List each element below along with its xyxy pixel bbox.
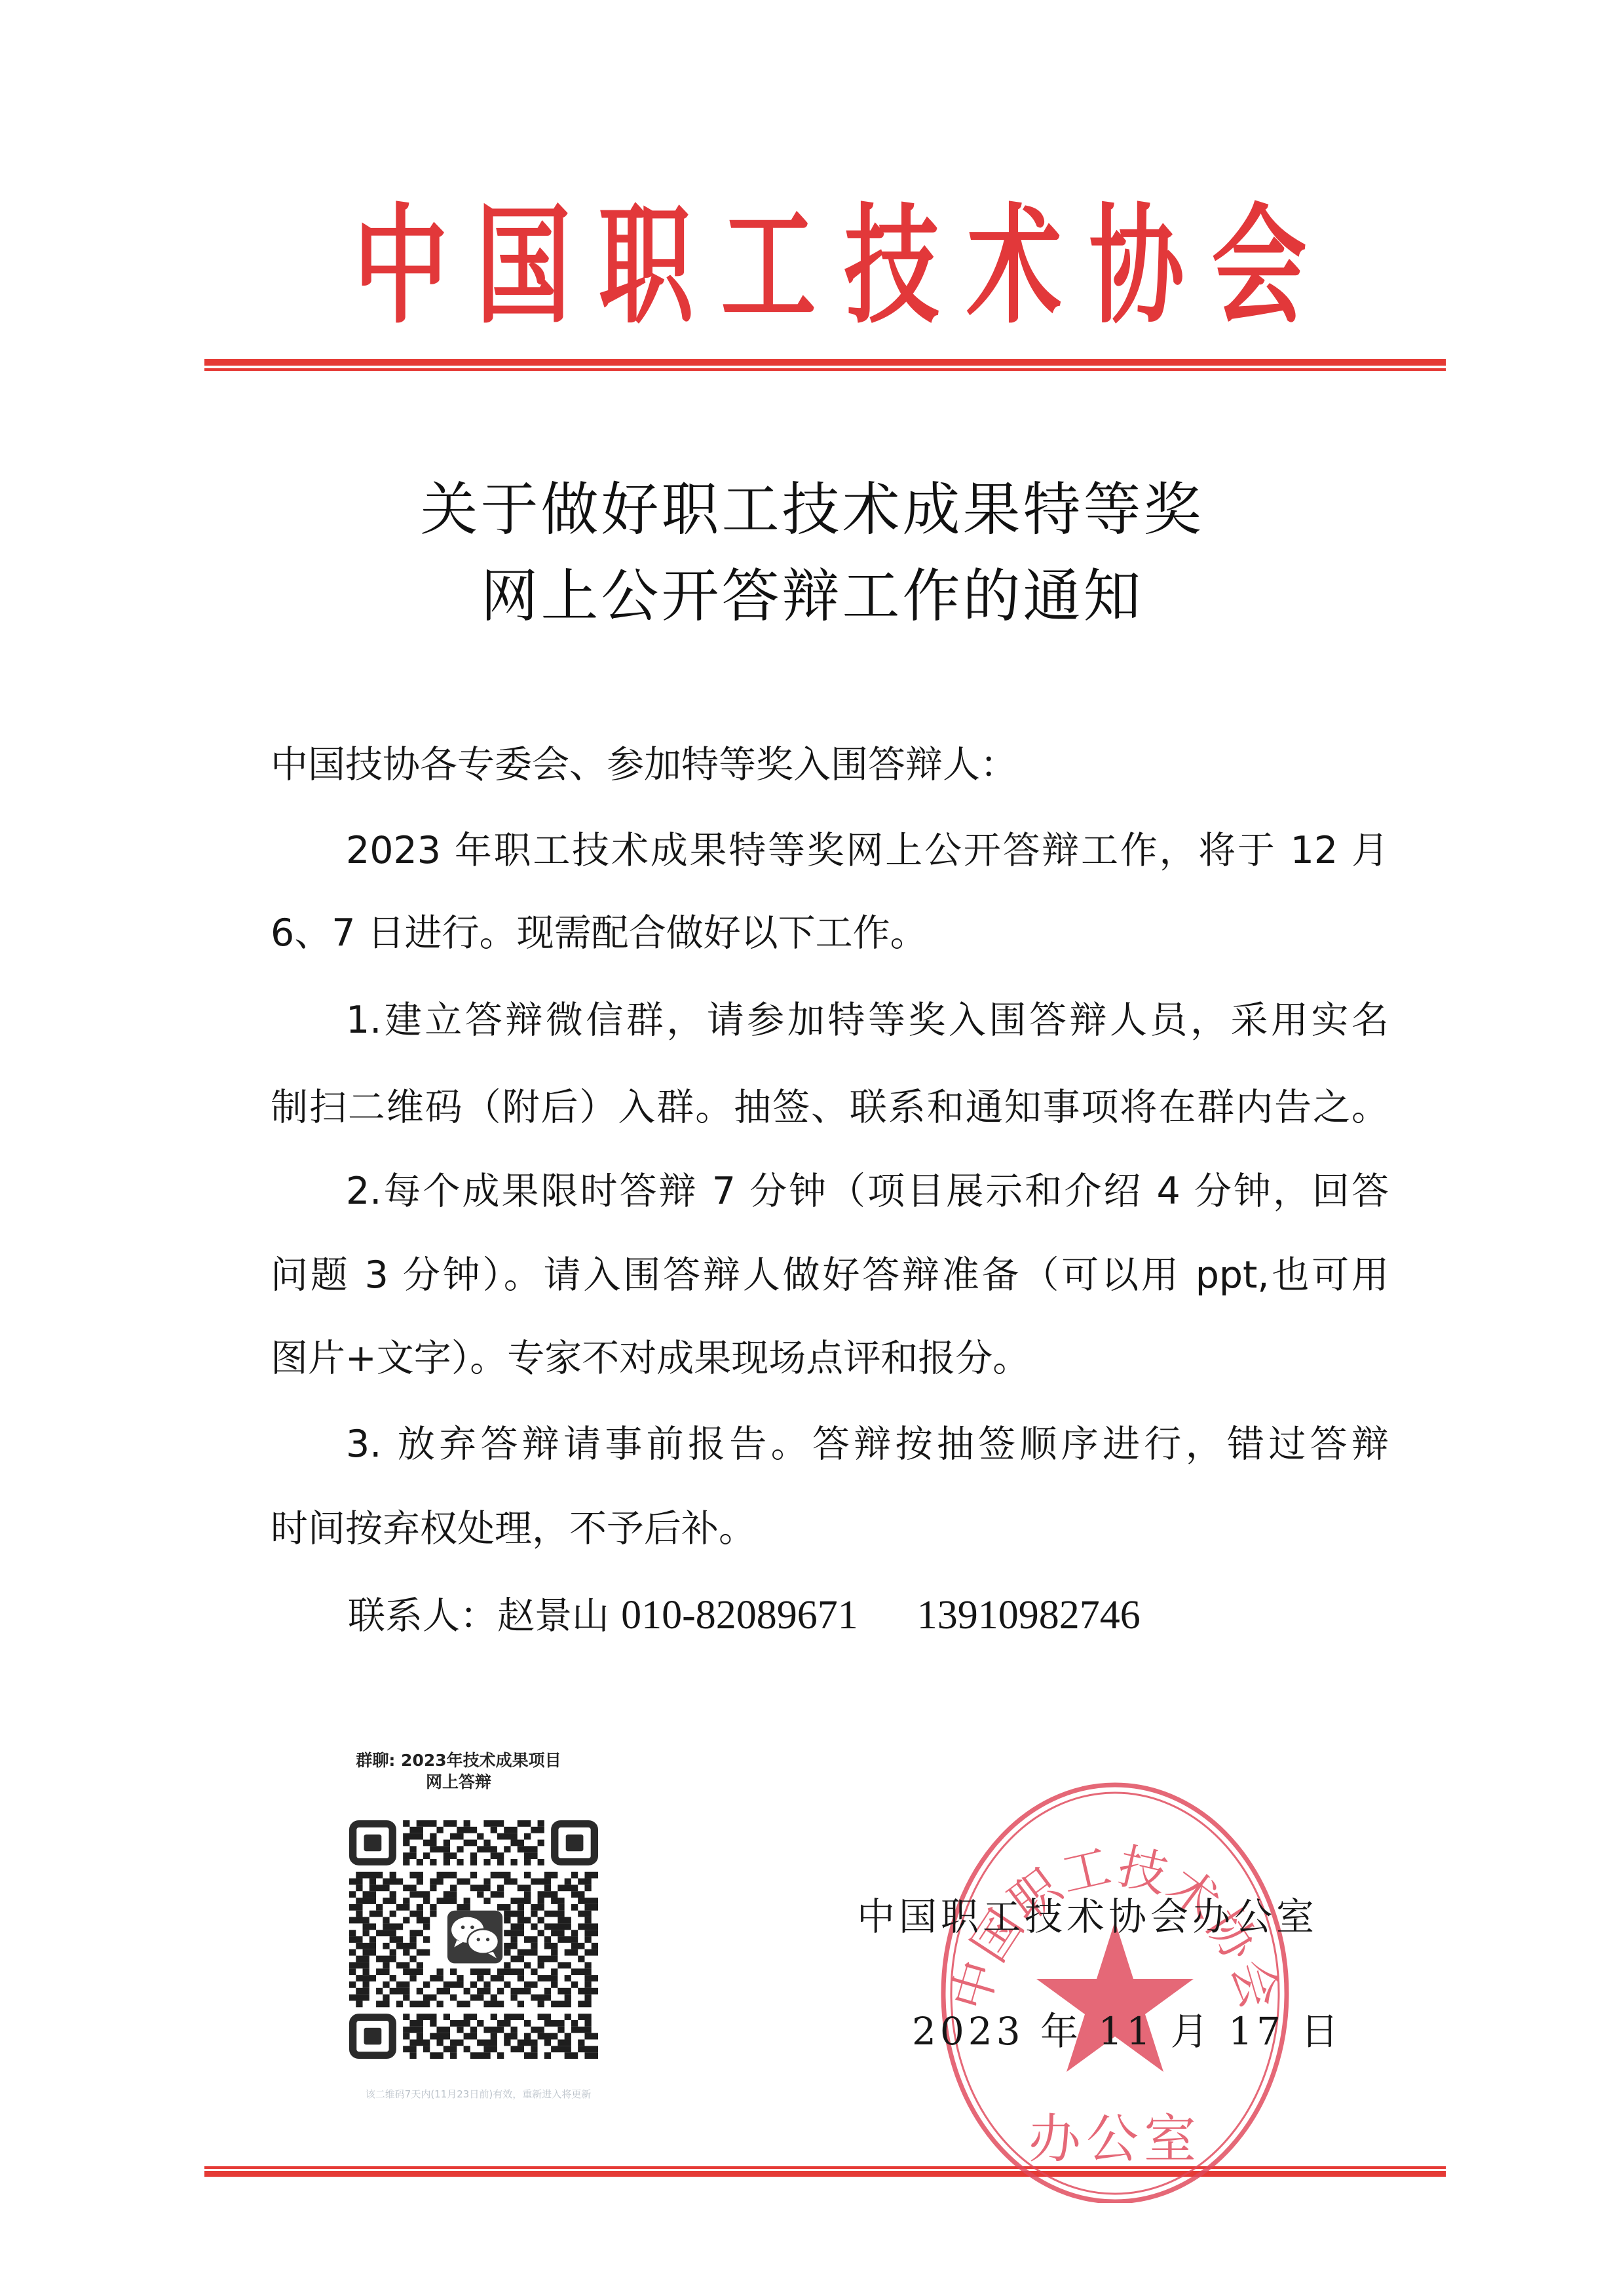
masthead-org-name: 中 国 职 工 技 术 协 会 xyxy=(341,197,1297,337)
body-line: 2023 年职工技术成果特等奖网上公开答辩工作，将于 12 月 xyxy=(346,828,1389,873)
masthead-char: 协 xyxy=(1089,197,1161,337)
contact-line: 联系人：赵景山 010-8208967113910982746 xyxy=(348,1592,1141,1639)
masthead-char: 国 xyxy=(476,197,549,337)
body-line: 6、7 日进行。现需配合做好以下工作。 xyxy=(271,910,928,956)
body-line: 图片+文字）。专家不对成果现场点评和报分。 xyxy=(271,1335,1030,1381)
body-line: 2.每个成果限时答辩 7 分钟（项目展示和介绍 4 分钟，回答 xyxy=(346,1168,1389,1214)
body-line: 时间按弃权处理，不予后补。 xyxy=(271,1506,756,1552)
salutation: 中国技协各专委会、参加特等奖入围答辩人： xyxy=(271,742,1017,788)
masthead-char: 技 xyxy=(844,197,916,337)
seal-bottom-text: 办公室 xyxy=(1029,2109,1201,2170)
masthead-char: 职 xyxy=(599,197,671,337)
contact-mobile: 13910982746 xyxy=(917,1593,1141,1637)
masthead-char: 会 xyxy=(1211,197,1284,337)
contact-name: 赵景山 xyxy=(497,1594,609,1637)
document-title-line-1: 关于做好职工技术成果特等奖 xyxy=(0,477,1624,543)
qr-expiry-note: 该二维码7天内(11月23日前)有效，重新进入将更新 xyxy=(308,2088,649,2101)
official-seal-stamp: 中国职工技术协会 办公室 xyxy=(938,1770,1292,2203)
body-line: 问题 3 分钟）。请入围答辩人做好答辩准备（可以用 ppt,也可用 xyxy=(271,1252,1389,1298)
document-title-line-2: 网上公开答辩工作的通知 xyxy=(0,564,1624,629)
qr-caption-line-2: 网上答辩 xyxy=(301,1771,616,1793)
body-line: 3. 放弃答辩请事前报告。答辩按抽签顺序进行，错过答辩 xyxy=(346,1421,1389,1467)
top-rule-thick xyxy=(204,359,1446,366)
issue-date: 2023 年 11 月 17 日 xyxy=(912,2008,1342,2054)
masthead-char: 术 xyxy=(966,197,1039,337)
wechat-icon xyxy=(447,1911,502,1964)
issuing-office: 中国职工技术协会办公室 xyxy=(857,1894,1318,1940)
masthead-char: 工 xyxy=(721,197,794,337)
body-line: 1.建立答辩微信群，请参加特等奖入围答辩人员，采用实名 xyxy=(346,997,1389,1043)
contact-label: 联系人： xyxy=(348,1594,497,1637)
contact-phone: 010-82089671 xyxy=(621,1593,858,1637)
body-line: 制扫二维码（附后）入群。抽签、联系和通知事项将在群内告之。 xyxy=(271,1084,1389,1130)
wechat-group-qr-code[interactable] xyxy=(349,1820,598,2059)
top-rule-thin xyxy=(204,368,1446,371)
qr-caption-line-1: 群聊: 2023年技术成果项目 xyxy=(301,1750,616,1772)
masthead-char: 中 xyxy=(354,197,426,337)
